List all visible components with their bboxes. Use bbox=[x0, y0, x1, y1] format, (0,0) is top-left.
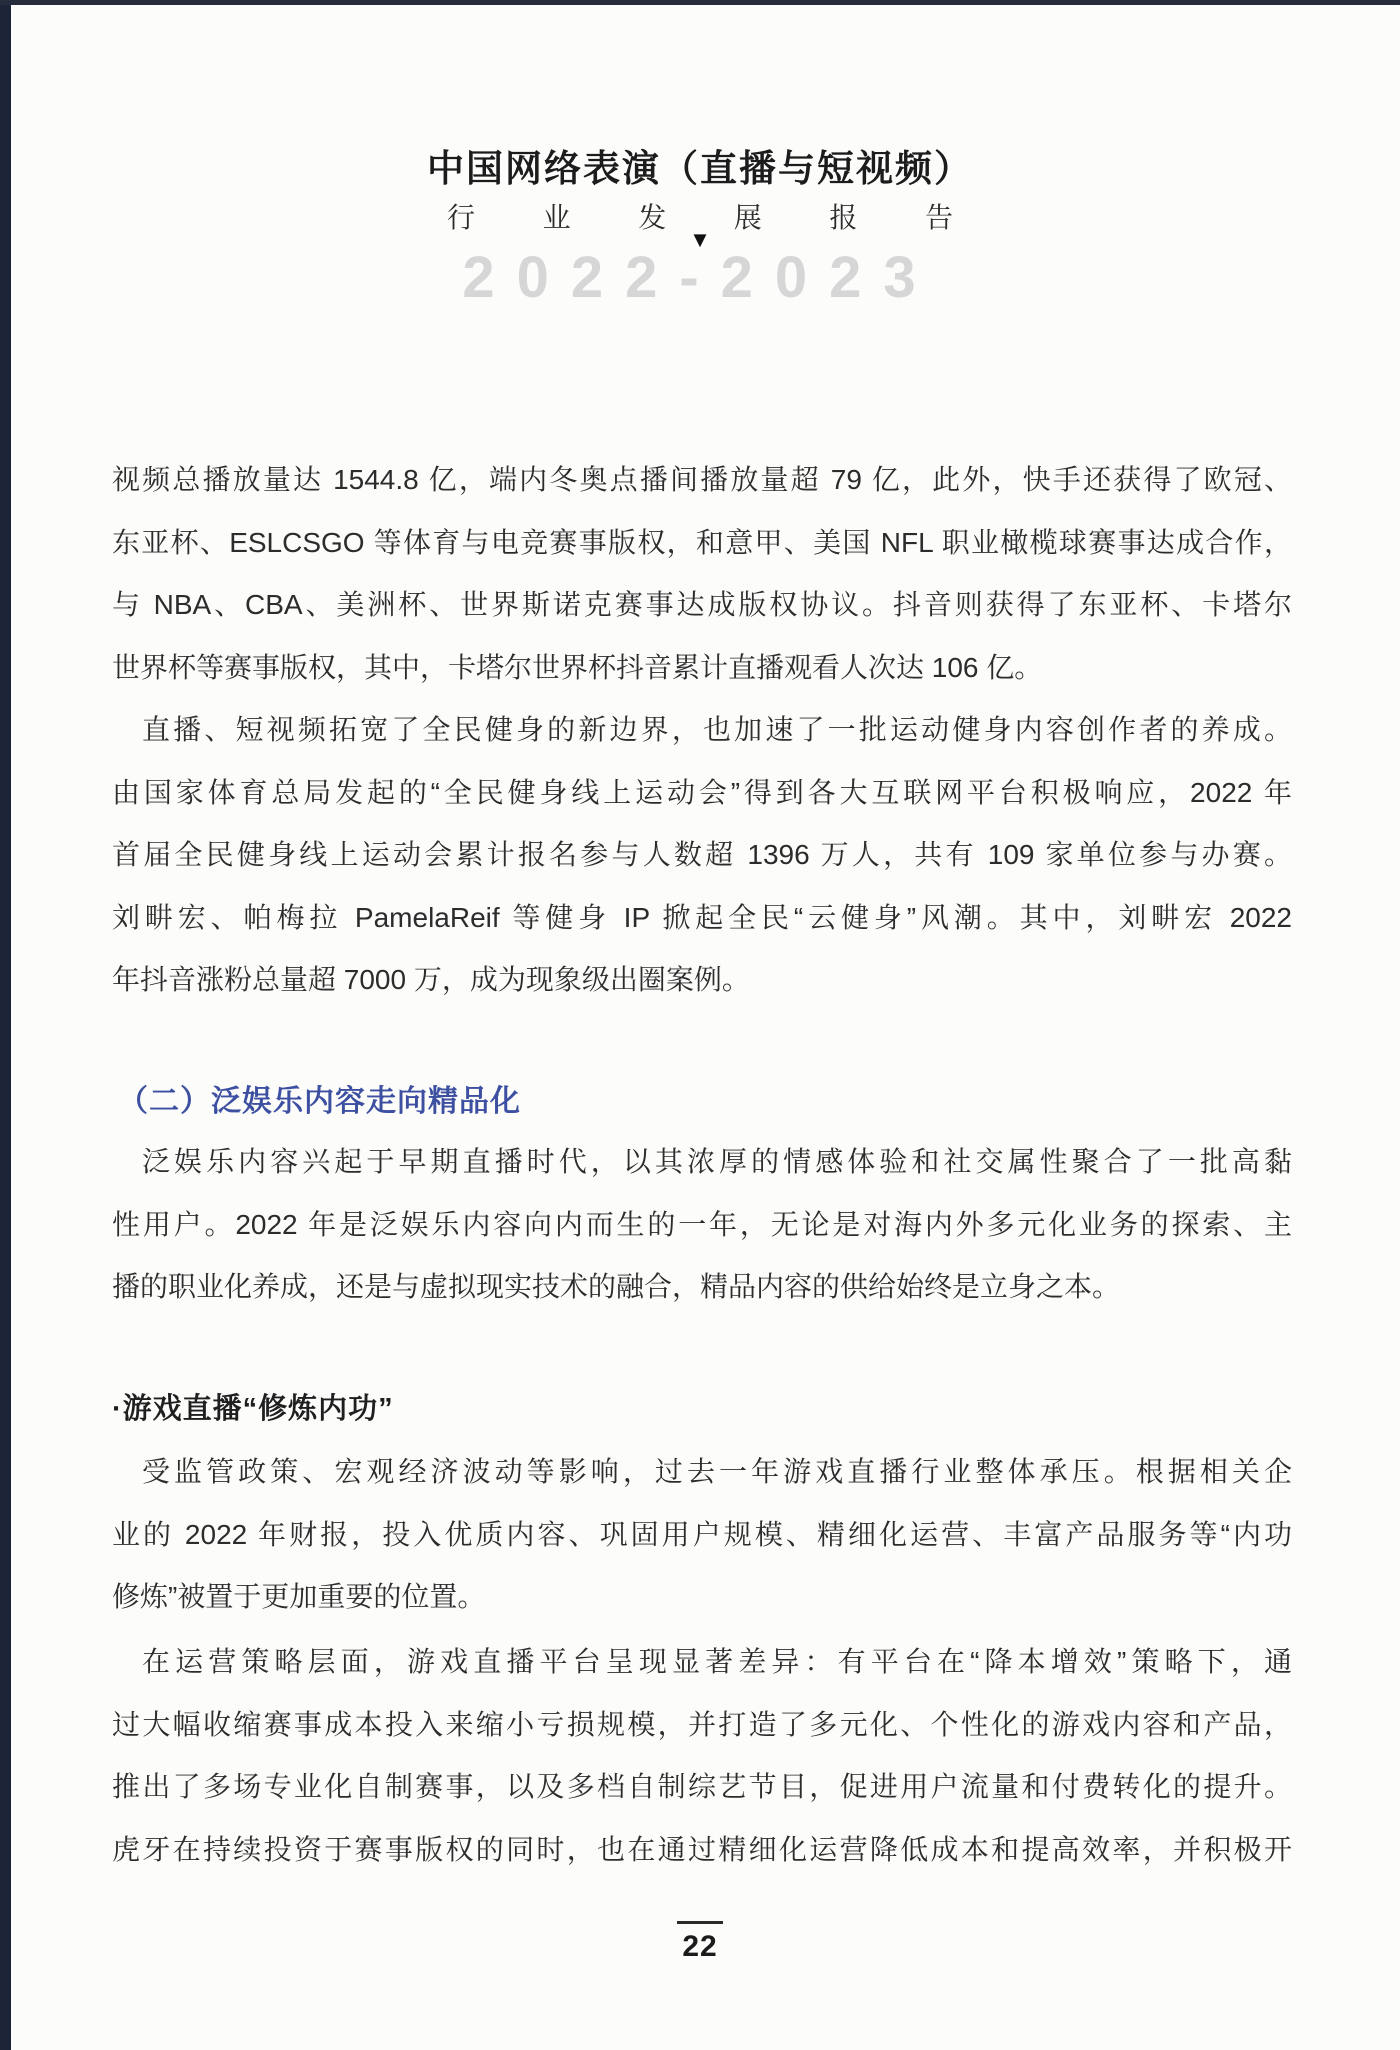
text-line: 世界杯等赛事版权，其中，卡塔尔世界杯抖音累计直播观看人次达 106 亿。 bbox=[112, 637, 1292, 700]
text-line: 东亚杯、ESLCSGO 等体育与电竞赛事版权，和意甲、美国 NFL 职业橄榄球赛… bbox=[112, 512, 1292, 575]
page-number: 22 bbox=[0, 1930, 1400, 1964]
text-line: 推出了多场专业化自制赛事，以及多档自制综艺节目，促进用户流量和付费转化的提升。 bbox=[112, 1756, 1292, 1819]
text-line: 性用户。2022 年是泛娱乐内容向内而生的一年，无论是对海内外多元化业务的探索、… bbox=[112, 1194, 1292, 1257]
text-line: 由国家体育总局发起的“全民健身线上运动会”得到各大互联网平台积极响应，2022 … bbox=[112, 762, 1292, 825]
text-line: 虎牙在持续投资于赛事版权的同时，也在通过精细化运营降低成本和提高效率，并积极开 bbox=[112, 1819, 1292, 1882]
text-line: 在运营策略层面，游戏直播平台呈现显著差异：有平台在“降本增效”策略下，通 bbox=[112, 1631, 1292, 1694]
text-line: 过大幅收缩赛事成本投入来缩小亏损规模，并打造了多元化、个性化的游戏内容和产品， bbox=[112, 1694, 1292, 1757]
footer-rule bbox=[677, 1921, 723, 1924]
text-line: 与 NBA、CBA、美洲杯、世界斯诺克赛事达成版权协议。抖音则获得了东亚杯、卡塔… bbox=[112, 574, 1292, 637]
text-line: 刘畊宏、帕梅拉 PamelaReif 等健身 IP 掀起全民“云健身”风潮。其中… bbox=[112, 887, 1292, 950]
text-line: 业的 2022 年财报，投入优质内容、巩固用户规模、精细化运营、丰富产品服务等“… bbox=[112, 1504, 1292, 1567]
body-paragraph-block-4: 在运营策略层面，游戏直播平台呈现显著差异：有平台在“降本增效”策略下，通 过大幅… bbox=[112, 1631, 1292, 1881]
body-paragraph-block-3: 受监管政策、宏观经济波动等影响，过去一年游戏直播行业整体承压。根据相关企 业的 … bbox=[112, 1441, 1292, 1629]
text-line: 播的职业化养成，还是与虚拟现实技术的融合，精品内容的供给始终是立身之本。 bbox=[112, 1256, 1292, 1319]
text-line: 受监管政策、宏观经济波动等影响，过去一年游戏直播行业整体承压。根据相关企 bbox=[112, 1441, 1292, 1504]
text-line: 直播、短视频拓宽了全民健身的新边界，也加速了一批运动健身内容创作者的养成。 bbox=[112, 699, 1292, 762]
report-title: 中国网络表演（直播与短视频） bbox=[0, 138, 1400, 192]
report-page: 中国网络表演（直播与短视频） 行业发展报告 ▼ 2022-2023 视频总播放量… bbox=[0, 0, 1400, 2050]
text-line: 视频总播放量达 1544.8 亿，端内冬奥点播间播放量超 79 亿，此外，快手还… bbox=[112, 449, 1292, 512]
text-line: 首届全民健身线上运动会累计报名参与人数超 1396 万人，共有 109 家单位参… bbox=[112, 824, 1292, 887]
edition-years: 2022-2023 bbox=[0, 244, 1400, 311]
text-line: 修炼”被置于更加重要的位置。 bbox=[112, 1566, 1292, 1629]
body-paragraph-block-2: 泛娱乐内容兴起于早期直播时代，以其浓厚的情感体验和社交属性聚合了一批高黏 性用户… bbox=[112, 1131, 1292, 1319]
page-top-edge bbox=[0, 0, 1400, 5]
section-heading: （二）泛娱乐内容走向精品化 bbox=[118, 1076, 521, 1120]
body-paragraph-block-1: 视频总播放量达 1544.8 亿，端内冬奥点播间播放量超 79 亿，此外，快手还… bbox=[112, 449, 1292, 1012]
text-line: 泛娱乐内容兴起于早期直播时代，以其浓厚的情感体验和社交属性聚合了一批高黏 bbox=[112, 1131, 1292, 1194]
sub-section-heading: ·游戏直播“修炼内功” bbox=[112, 1386, 394, 1427]
text-line: 年抖音涨粉总量超 7000 万，成为现象级出圈案例。 bbox=[112, 949, 1292, 1012]
